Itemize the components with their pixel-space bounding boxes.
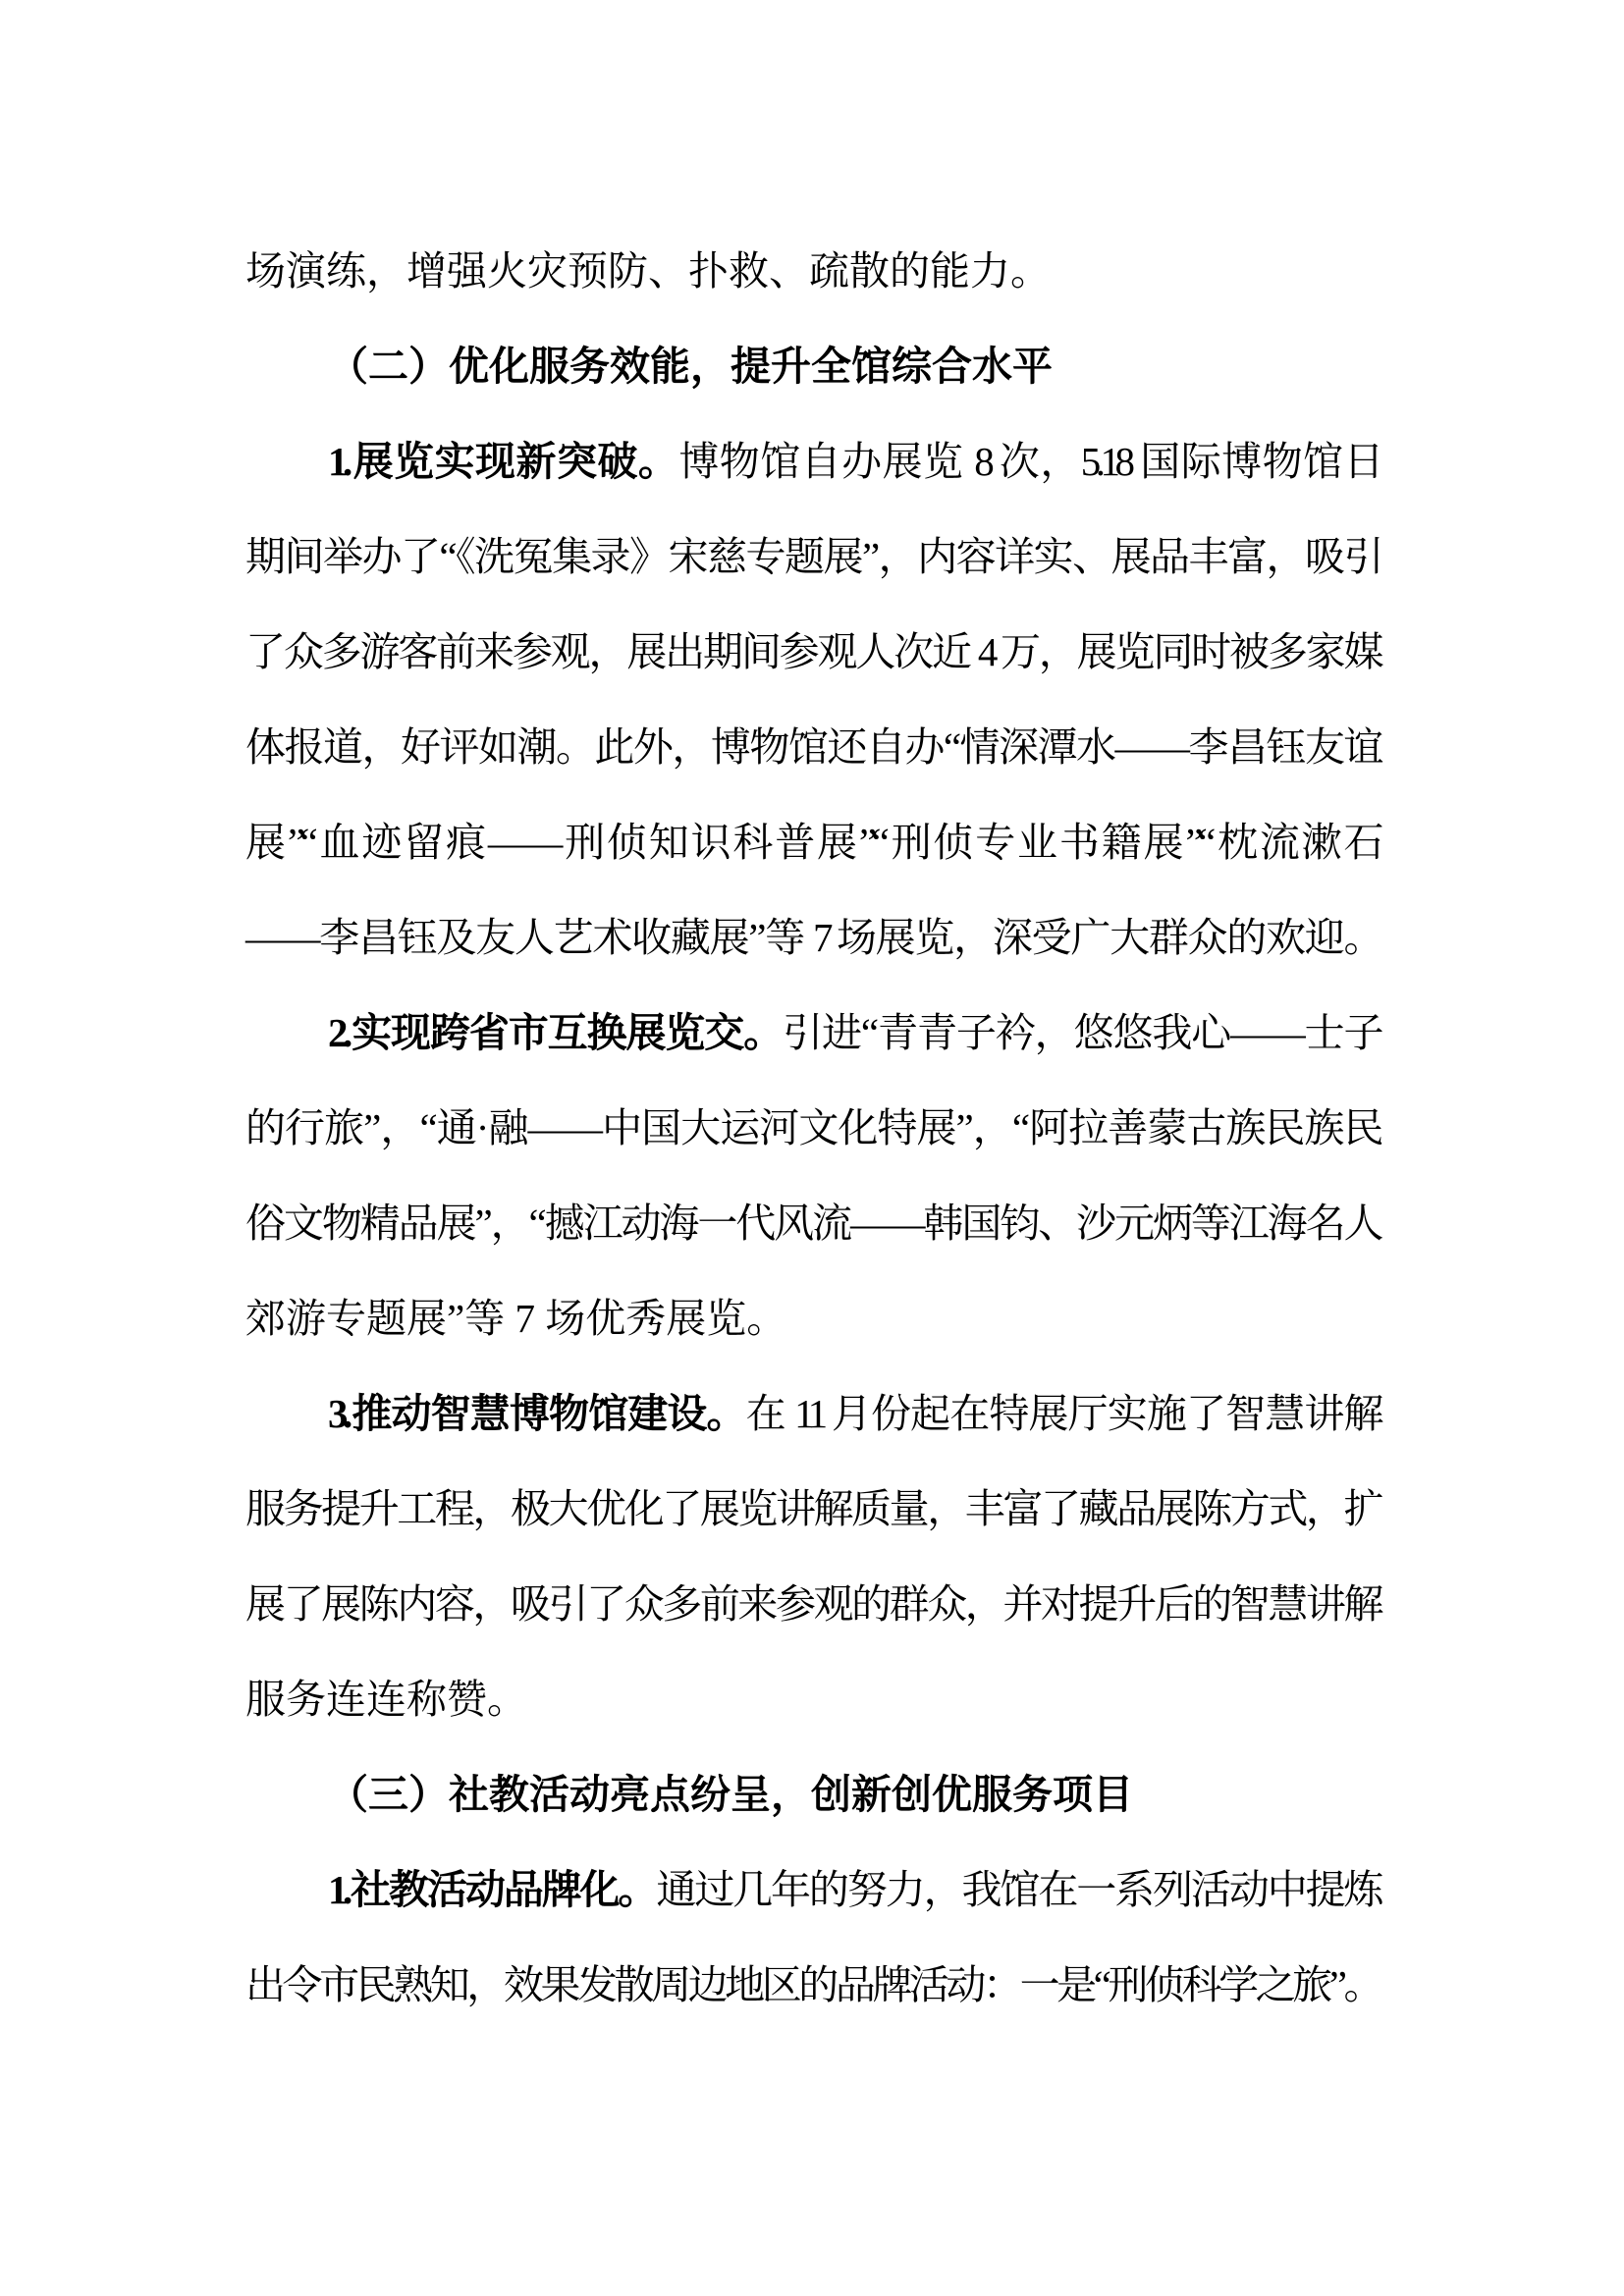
heading-text: （二）优化服务效能，提升全馆综合水平 <box>328 344 1053 389</box>
line-text: 展”“血迹留痕——刑侦知识科普展”“刑侦专业书籍展”“枕流漱石 <box>245 820 1379 865</box>
line-text: 的行旅”，“通·融——中国大运河文化特展”，“阿拉善蒙古族民族民 <box>245 1105 1379 1150</box>
heading-text: （三）社教活动亮点纷呈，创新创优服务项目 <box>328 1772 1133 1817</box>
text-line: 1.展览实现新突破。博物馆自办展览 8 次，5.18 国际博物馆日 <box>245 414 1379 509</box>
text-line: 期间举办了“《洗冤集录》宋慈专题展”，内容详实、展品丰富，吸引 <box>245 509 1379 605</box>
line-text: 了众多游客前来参观，展出期间参观人次近 4 万，展览同时被多家媒 <box>245 629 1379 674</box>
text-line: 1.社教活动品牌化。通过几年的努力，我馆在一系列活动中提炼 <box>245 1842 1379 1938</box>
text-line: 2.实现跨省市互换展览交。引进“青青子衿，悠悠我心——士子 <box>245 986 1379 1081</box>
text-line: 服务连连称赞。 <box>245 1652 1379 1747</box>
text-line: ——李昌钰及友人艺术收藏展”等 7 场展览，深受广大群众的欢迎。 <box>245 890 1379 986</box>
section-heading: （二）优化服务效能，提升全馆综合水平 <box>245 319 1379 414</box>
line-text: 俗文物精品展”，“撼江动海一代风流——韩国钧、沙元炳等江海名人 <box>245 1201 1379 1246</box>
text-line: 服务提升工程，极大优化了展览讲解质量，丰富了藏品展陈方式，扩 <box>245 1462 1379 1557</box>
line-text: 展了展陈内容，吸引了众多前来参观的群众，并对提升后的智慧讲解 <box>245 1581 1379 1627</box>
text-line: 出令市民熟知，效果发散周边地区的品牌活动：一是“刑侦科学之旅”。 <box>245 1938 1379 2033</box>
line-text: 在 11 月份起在特展厅实施了智慧讲解 <box>746 1391 1379 1436</box>
text-line: 的行旅”，“通·融——中国大运河文化特展”，“阿拉善蒙古族民族民 <box>245 1081 1379 1176</box>
text-line: 3.推动智慧博物馆建设。在 11 月份起在特展厅实施了智慧讲解 <box>245 1366 1379 1462</box>
section-heading: （三）社教活动亮点纷呈，创新创优服务项目 <box>245 1747 1379 1842</box>
text-line: 了众多游客前来参观，展出期间参观人次近 4 万，展览同时被多家媒 <box>245 605 1379 700</box>
line-text: 出令市民熟知，效果发散周边地区的品牌活动：一是“刑侦科学之旅”。 <box>245 1962 1379 2007</box>
lead-emphasis: 1.展览实现新突破。 <box>328 439 678 484</box>
text-line: 展了展陈内容，吸引了众多前来参观的群众，并对提升后的智慧讲解 <box>245 1557 1379 1652</box>
line-text: 博物馆自办展览 8 次，5.18 国际博物馆日 <box>678 439 1379 484</box>
line-text: ——李昌钰及友人艺术收藏展”等 7 场展览，深受广大群众的欢迎。 <box>245 915 1379 960</box>
text-line: 郊游专题展”等 7 场优秀展览。 <box>245 1271 1379 1366</box>
lead-emphasis: 2.实现跨省市互换展览交。 <box>328 1010 783 1055</box>
document-body: 场演练，增强火灾预防、扑救、疏散的能力。 （二）优化服务效能，提升全馆综合水平 … <box>245 224 1379 2033</box>
line-text: 郊游专题展”等 7 场优秀展览。 <box>245 1296 786 1341</box>
text-line: 展”“血迹留痕——刑侦知识科普展”“刑侦专业书籍展”“枕流漱石 <box>245 795 1379 890</box>
text-line: 俗文物精品展”，“撼江动海一代风流——韩国钧、沙元炳等江海名人 <box>245 1176 1379 1271</box>
line-text: 体报道，好评如潮。此外，博物馆还自办“情深潭水——李昌钰友谊 <box>245 724 1379 770</box>
line-text: 引进“青青子衿，悠悠我心——士子 <box>783 1010 1379 1055</box>
line-text: 服务连连称赞。 <box>245 1677 527 1722</box>
line-text: 期间举办了“《洗冤集录》宋慈专题展”，内容详实、展品丰富，吸引 <box>245 534 1379 579</box>
line-text: 通过几年的努力，我馆在一系列活动中提炼 <box>656 1867 1379 1912</box>
text-line: 体报道，好评如潮。此外，博物馆还自办“情深潭水——李昌钰友谊 <box>245 700 1379 795</box>
line-text: 场演练，增强火灾预防、扑救、疏散的能力。 <box>245 248 1051 294</box>
lead-emphasis: 3.推动智慧博物馆建设。 <box>328 1391 746 1436</box>
lead-emphasis: 1.社教活动品牌化。 <box>328 1867 656 1912</box>
line-text: 服务提升工程，极大优化了展览讲解质量，丰富了藏品展陈方式，扩 <box>245 1486 1379 1531</box>
document-page: 场演练，增强火灾预防、扑救、疏散的能力。 （二）优化服务效能，提升全馆综合水平 … <box>0 0 1624 2296</box>
text-line: 场演练，增强火灾预防、扑救、疏散的能力。 <box>245 224 1379 319</box>
